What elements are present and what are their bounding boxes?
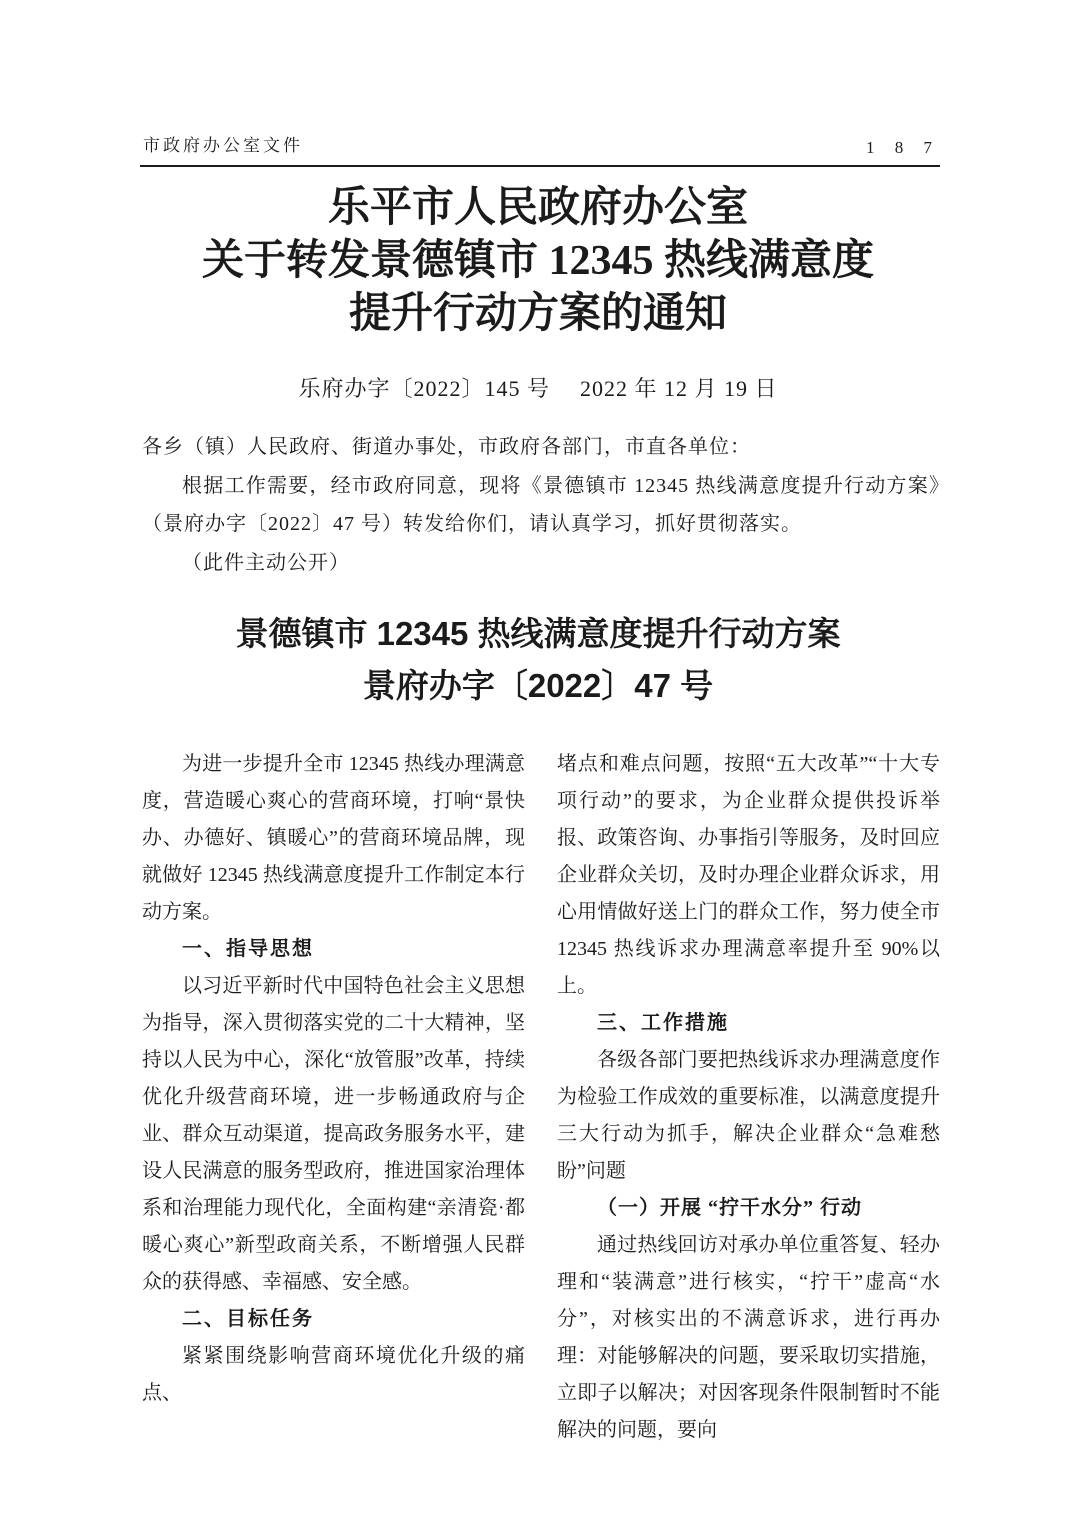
subsection-heading: （一）开展 “拧干水分” 行动 xyxy=(557,1190,940,1227)
plan-title-block: 景德镇市 12345 热线满意度提升行动方案 景府办字〔2022〕47 号 xyxy=(138,608,938,712)
body-paragraph: 通过热线回访对承办单位重答复、轻办理和“装满意”进行核实，“拧干”虚高“水分”，… xyxy=(557,1227,940,1449)
plan-document-number: 景府办字〔2022〕47 号 xyxy=(138,660,938,712)
plan-body: 为进一步提升全市 12345 热线办理满意度，营造暖心爽心的营商环境，打响“景快… xyxy=(142,746,940,1449)
body-paragraph: 紧紧围绕影响营商环境优化升级的痛点、 xyxy=(142,1338,525,1412)
notice-body-paragraph: 根据工作需要，经市政府同意，现将《景德镇市 12345 热线满意度提升行动方案》… xyxy=(142,467,940,544)
body-paragraph: 堵点和难点问题，按照“五大改革”“十大专项行动”的要求，为企业群众提供投诉举报、… xyxy=(557,746,940,1005)
left-column: 为进一步提升全市 12345 热线办理满意度，营造暖心爽心的营商环境，打响“景快… xyxy=(142,746,525,1449)
document-page: 市政府办公室文件 1 8 7 乐平市人民政府办公室 关于转发景德镇市 12345… xyxy=(0,0,1074,1520)
document-meta: 乐府办字〔2022〕145 号2022 年 12 月 19 日 xyxy=(138,372,938,403)
section-heading: 二、目标任务 xyxy=(142,1301,525,1338)
header-rule xyxy=(140,165,940,167)
header-label: 市政府办公室文件 xyxy=(143,131,303,156)
body-paragraph: 以习近平新时代中国特色社会主义思想为指导，深入贯彻落实党的二十大精神，坚持以人民… xyxy=(142,968,525,1301)
notice-body: 各乡（镇）人民政府、街道办事处，市政府各部门，市直各单位： 根据工作需要，经市政… xyxy=(142,428,940,582)
plan-title: 景德镇市 12345 热线满意度提升行动方案 xyxy=(138,608,938,660)
body-paragraph: 为进一步提升全市 12345 热线办理满意度，营造暖心爽心的营商环境，打响“景快… xyxy=(142,746,525,931)
notice-title-line-1: 乐平市人民政府办公室 xyxy=(138,182,938,235)
notice-title-line-2: 关于转发景德镇市 12345 热线满意度 xyxy=(138,235,938,288)
page-number: 1 8 7 xyxy=(866,138,940,158)
salutation: 各乡（镇）人民政府、街道办事处，市政府各部门，市直各单位： xyxy=(142,428,940,467)
document-number: 乐府办字〔2022〕145 号 xyxy=(298,376,550,401)
body-paragraph: 各级各部门要把热线诉求办理满意度作为检验工作成效的重要标准，以满意度提升三大行动… xyxy=(557,1042,940,1190)
publicity-note: （此件主动公开） xyxy=(142,544,940,583)
section-heading: 三、工作措施 xyxy=(557,1005,940,1042)
notice-title: 乐平市人民政府办公室 关于转发景德镇市 12345 热线满意度 提升行动方案的通… xyxy=(138,182,938,341)
document-date: 2022 年 12 月 19 日 xyxy=(580,376,778,401)
right-column: 堵点和难点问题，按照“五大改革”“十大专项行动”的要求，为企业群众提供投诉举报、… xyxy=(557,746,940,1449)
notice-title-line-3: 提升行动方案的通知 xyxy=(138,288,938,341)
section-heading: 一、指导思想 xyxy=(142,931,525,968)
